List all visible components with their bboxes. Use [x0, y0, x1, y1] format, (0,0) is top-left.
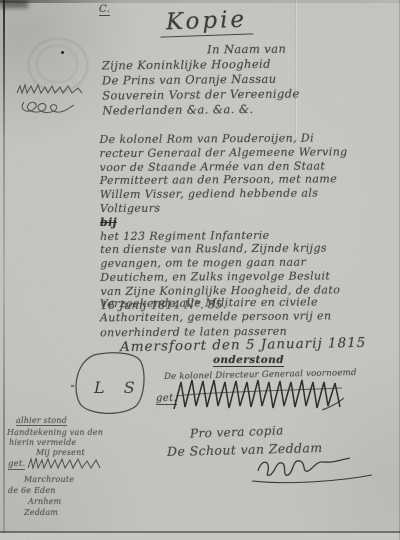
onderstond-word: onderstond [213, 354, 284, 367]
locus-sigilli-seal: L S [70, 350, 156, 422]
invocation-block: In Naam van Zijne Koninklijke Hoogheid D… [102, 40, 393, 118]
document-title: Kopie [160, 6, 254, 37]
marginal-scribble-signature [14, 80, 94, 116]
ink-dot [61, 51, 64, 54]
colonel-signature-scribble [172, 376, 348, 416]
pro-vera-copia-line: Pro vera copia [190, 423, 284, 440]
margin-witness-signature-scribble [26, 455, 108, 475]
route-line: de 6e Eden [8, 486, 56, 495]
scan-bottom-strip [0, 533, 400, 540]
scan-top-edge [0, 0, 400, 3]
body-paragraph: De kolonel Rom van Pouderoijen, Di recte… [99, 131, 396, 312]
alhier-stond-label: alhier stond [16, 416, 67, 426]
schout-signature-scribble [250, 453, 376, 487]
scan-corner-smudge [0, 0, 28, 8]
margin-attestation-line: Handtekening van den [7, 428, 103, 437]
reference-mark: C. [99, 4, 110, 16]
body-line-with-strikethrough: Voltigeurs bij het 123 Regiment Infanter… [100, 200, 396, 243]
scan-left-edge [3, 0, 5, 540]
margin-attestation-line: hierin vermelde [9, 438, 76, 447]
route-line: Arnhem [28, 497, 61, 506]
scanned-document-page: C. Kopie In Naam van Zijne Koninklijke H… [0, 0, 400, 540]
struck-word: bij [100, 214, 396, 230]
seal-initials: L S [93, 378, 142, 397]
route-line: Marchroute [24, 475, 74, 484]
route-line: Zeddam [24, 508, 58, 517]
invocation-line: Nederlanden &a. &a. &. [102, 100, 392, 118]
place-date-line: Amersfoort den 5 Januarij 1815 [120, 335, 367, 355]
request-paragraph: Verzoekende alle Militaire en civiele Au… [100, 295, 396, 340]
margin-signed-abbreviation: get. [8, 459, 25, 470]
